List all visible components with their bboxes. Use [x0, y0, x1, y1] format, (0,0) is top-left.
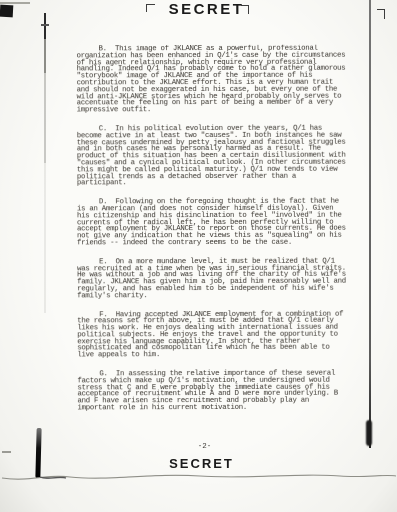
paragraph-F: F. Having accepted JKLANCE employment fo… — [77, 311, 347, 359]
classification-stamp-top: SECRET — [8, 1, 397, 18]
paragraph-D: D. Following on the foregoing thought is… — [77, 199, 347, 247]
scan-corner-mark — [0, 5, 13, 18]
scanned-document-page: SECRET B. This image of JKLANCE as a pow… — [0, 0, 397, 512]
scan-left-edge-dash — [2, 451, 11, 453]
scan-bottom-squiggle — [0, 468, 397, 486]
scan-right-margin-mark — [377, 9, 385, 19]
scan-right-edge-line — [369, 0, 371, 448]
scan-fold-crossbar — [41, 24, 49, 26]
page-number: -2- — [6, 443, 397, 451]
scan-top-edge-line — [0, 2, 30, 4]
paragraph-G: G. In assessing the relative importance … — [77, 371, 347, 412]
stamp-bracket-right-mark — [241, 5, 249, 14]
paragraph-B: B. This image of JKLANCE as a powerful, … — [77, 46, 347, 115]
scan-right-edge-blot — [366, 420, 372, 446]
scan-left-fold-line — [44, 13, 46, 313]
document-body: B. This image of JKLANCE as a powerful, … — [77, 46, 348, 425]
stamp-bracket-left-mark — [146, 4, 155, 12]
paragraph-E: E. On a more mundane level, it must be r… — [77, 258, 347, 299]
paragraph-C: C. In his political evolution over the y… — [77, 126, 347, 188]
